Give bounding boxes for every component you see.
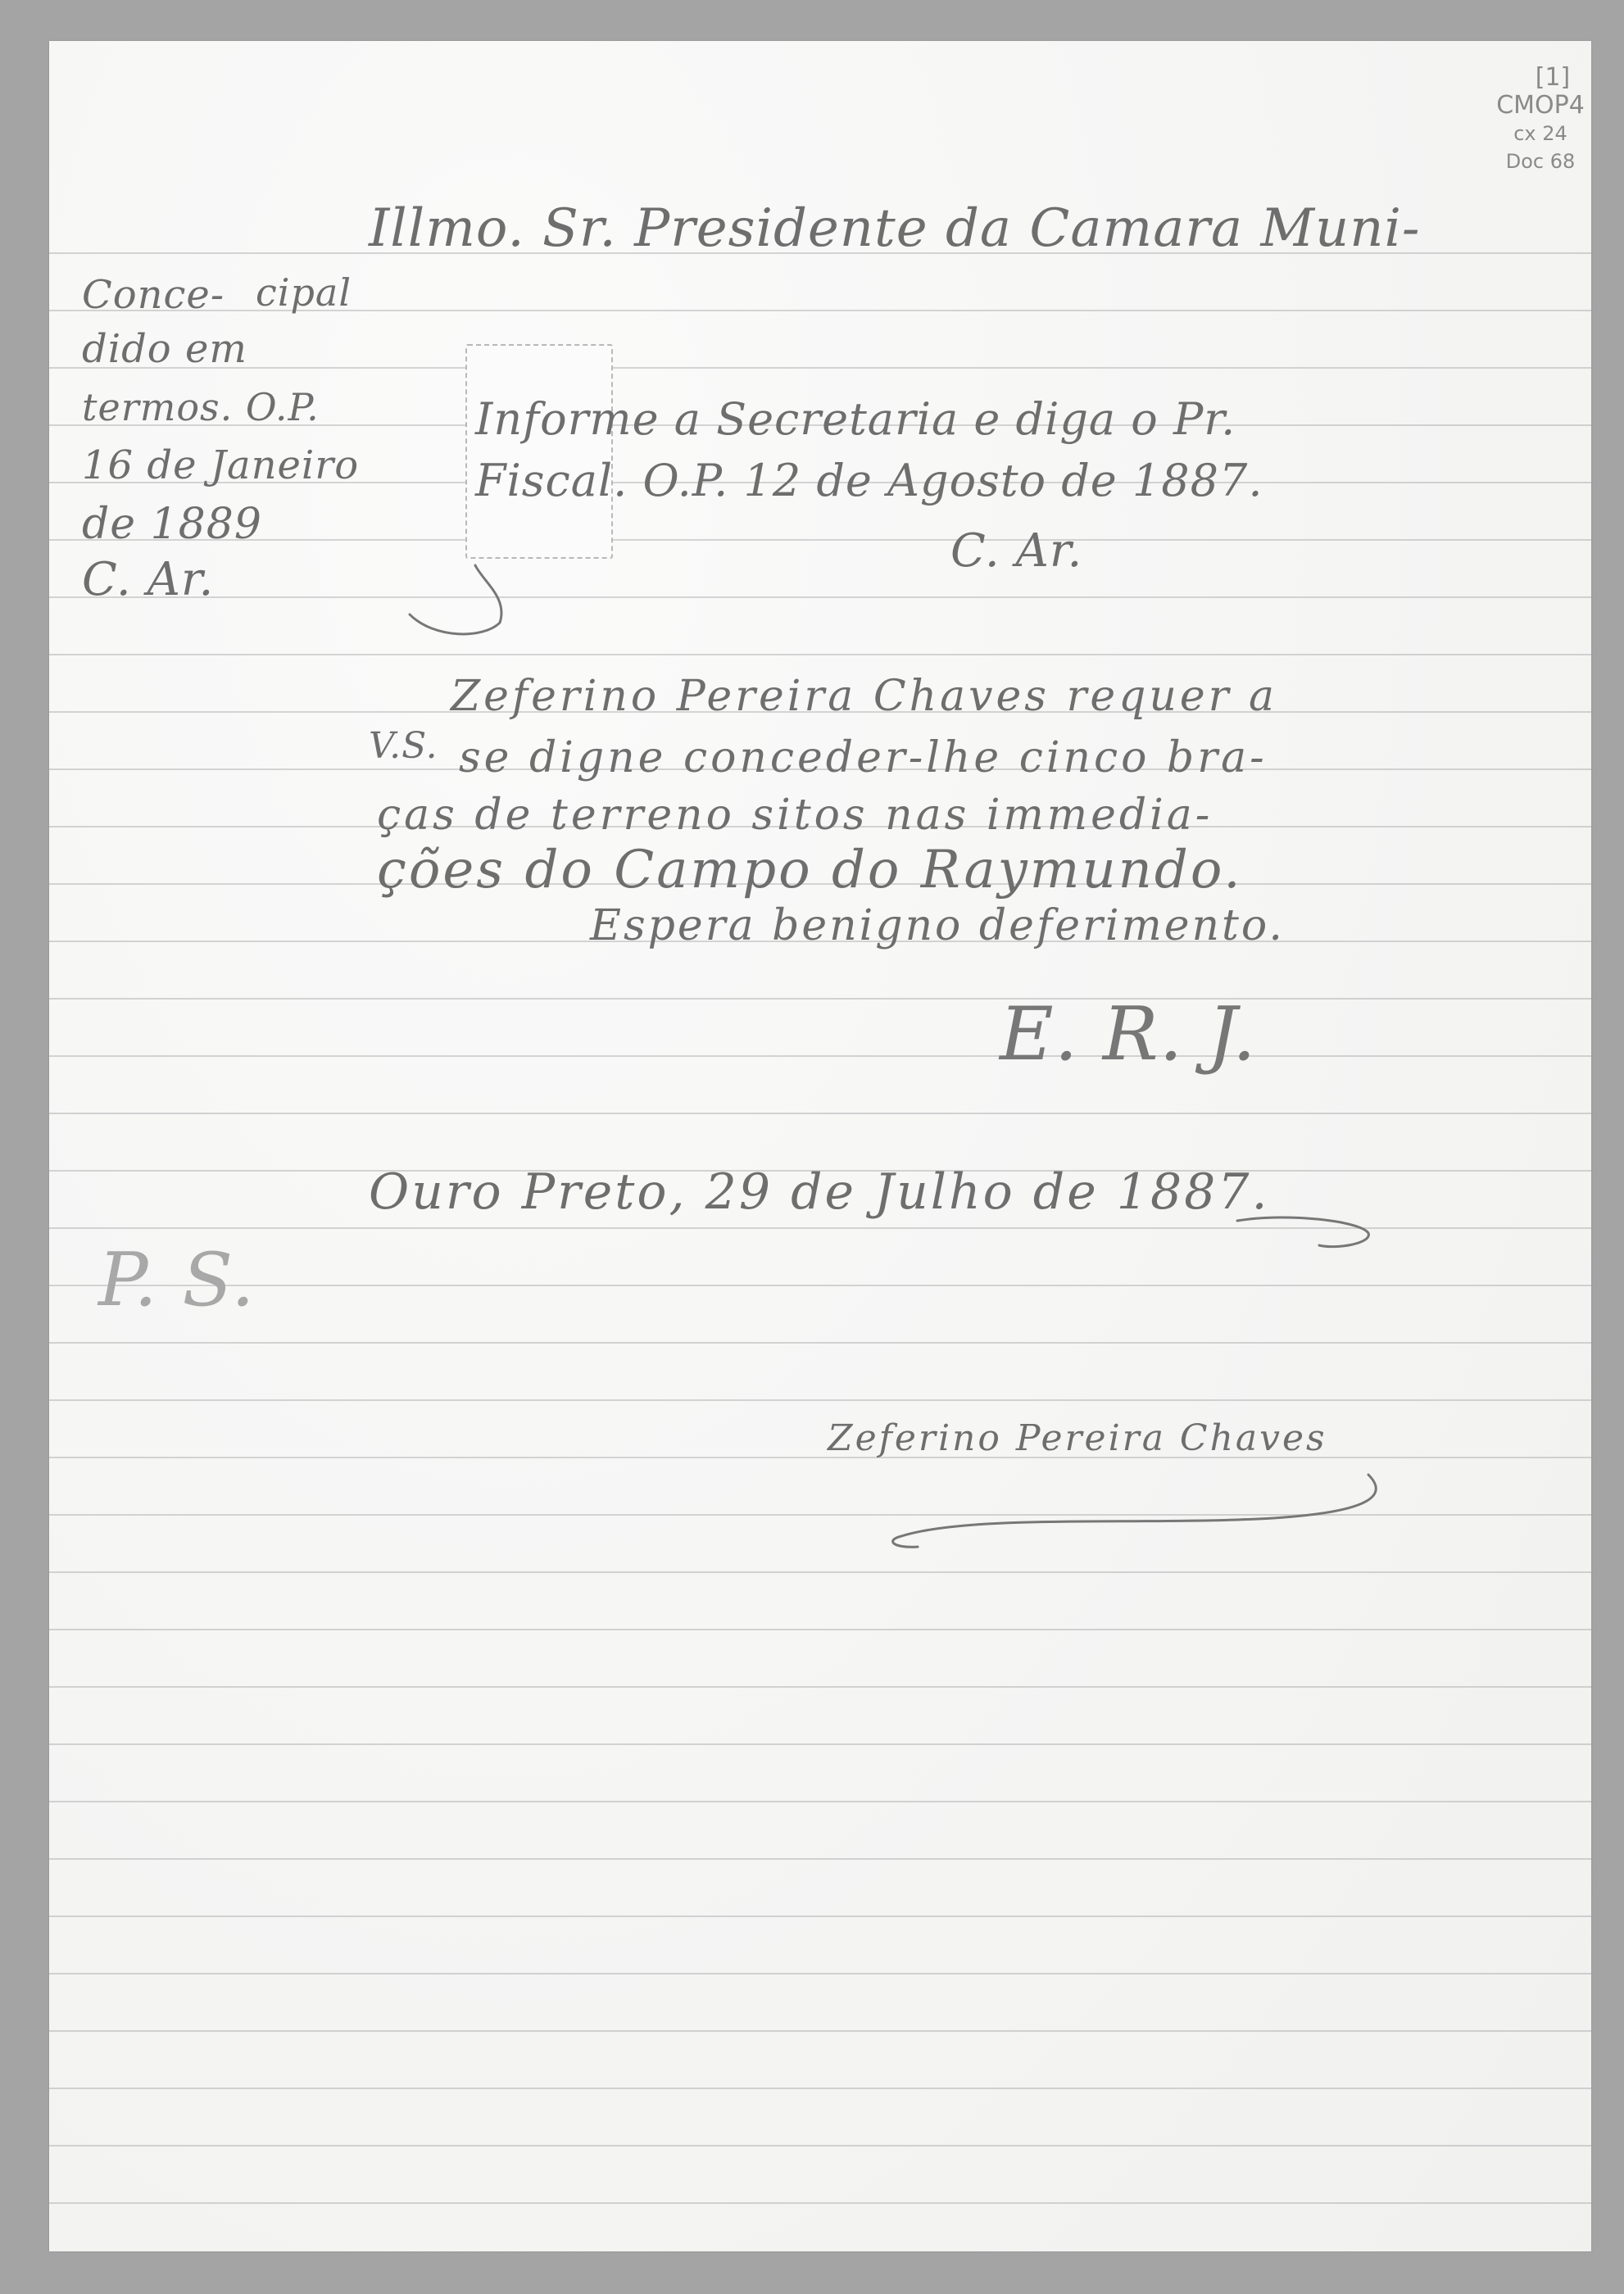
petition-prefix: V.S. [369, 725, 438, 767]
petitioner-signature: Zeferino Pereira Chaves [828, 1417, 1327, 1459]
dispatch-signature: C. Ar. [950, 524, 1082, 578]
dispatch-line2: Fiscal. O.P. 12 de Agosto de 1887. [475, 455, 1263, 506]
document-page: [1] CMOP4 cx 24 Doc 68 Illmo. Sr. Presid… [49, 41, 1591, 2251]
archive-ref-line2: CMOP4 [1491, 92, 1590, 120]
margin-dispatch-line: 16 de Janeiro [82, 442, 359, 488]
margin-dispatch-line: C. Ar. [82, 553, 214, 606]
margin-dispatch-line: de 1889 [82, 500, 262, 549]
archive-ref-line3: cx 24 [1491, 120, 1590, 147]
salutation: Illmo. Sr. Presidente da Camara Muni- [369, 198, 1421, 259]
signature-underline-flourish-icon [869, 1458, 1409, 1540]
petition-line2: se digne conceder-lhe cinco bra- [459, 733, 1268, 782]
dateline: Ouro Preto, 29 de Julho de 1887. [369, 1163, 1270, 1221]
bracket-flourish-icon [401, 549, 516, 647]
margin-dispatch-line: termos. O.P. [82, 385, 320, 429]
petition-line3: ças de terreno sitos nas immedia- [377, 791, 1213, 840]
dispatch-line1: Informe a Secretaria e diga o Pr. [475, 393, 1236, 445]
revenue-stamp [465, 344, 613, 559]
archive-ref-line1: [1] [1491, 64, 1590, 92]
archive-ref-line4: Doc 68 [1491, 147, 1590, 175]
salutation-continuation: cipal [256, 270, 352, 315]
closing-initials: E. R. J. [1000, 991, 1257, 1077]
archive-reference: [1] CMOP4 cx 24 Doc 68 [1491, 64, 1590, 175]
petition-line1: Zeferino Pereira Chaves requer a [451, 672, 1277, 721]
dateline-flourish-icon [1237, 1204, 1385, 1254]
petition-line5: Espera benigno deferimento. [590, 901, 1285, 950]
petition-line4: ções do Campo do Raymundo. [377, 840, 1243, 900]
margin-note: P. S. [98, 1237, 256, 1323]
margin-dispatch-line: dido em [82, 326, 247, 372]
margin-dispatch-line: Conce- [82, 272, 225, 318]
